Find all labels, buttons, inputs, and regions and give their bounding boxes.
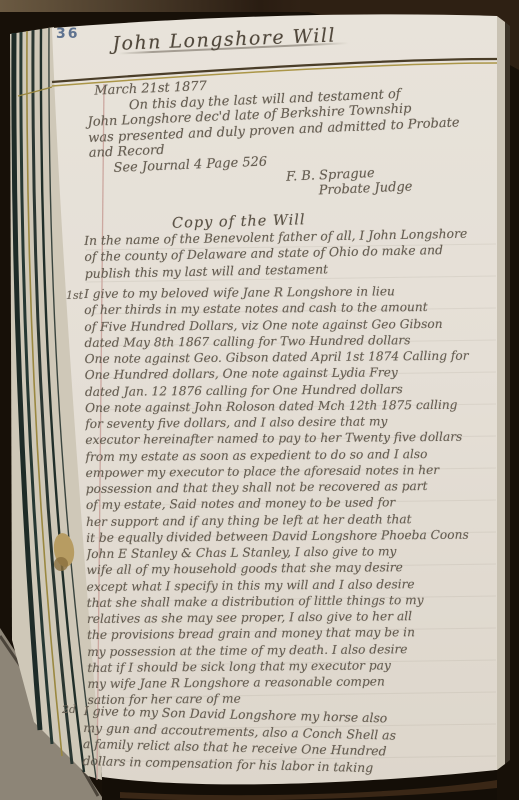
probate-entry: March 21st 1877 On this day the last wil… xyxy=(86,67,505,209)
will-item-2: I give to my Son David Longshore my hors… xyxy=(82,703,499,779)
item-2-marker: 2d xyxy=(62,703,76,716)
scanned-ledger-page: 36 John Longshore Will March 21st 1877 O… xyxy=(0,0,519,800)
page-number: 36 xyxy=(56,26,79,42)
seal-stain-dark xyxy=(54,557,68,571)
right-edge-shadow xyxy=(505,22,510,764)
item-1-marker: 1st xyxy=(66,289,83,302)
will-item-1: I give to my beloved wife Jane R Longsho… xyxy=(84,282,504,708)
will-preamble: In the name of the Benevolent father of … xyxy=(84,225,499,282)
